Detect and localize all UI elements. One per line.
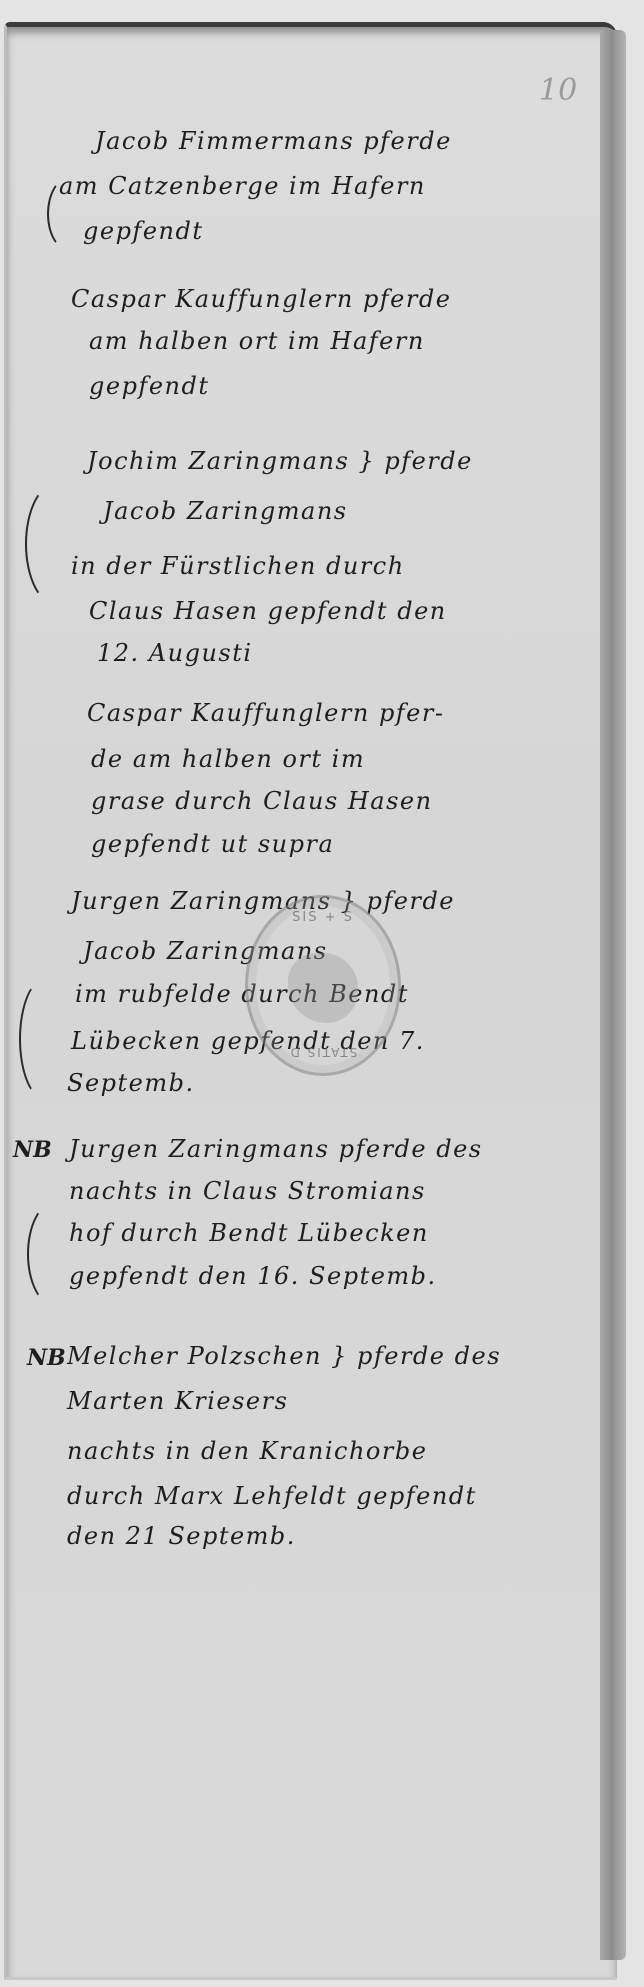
entry-line: gepfendt den 16. Septemb. (69, 1262, 437, 1290)
entry-line: hof durch Bendt Lübecken (69, 1219, 429, 1247)
book-spine-edge (600, 30, 626, 1960)
nota-bene-marker: NB (27, 1345, 66, 1371)
entry-line: Claus Hasen gepfendt den (89, 597, 447, 625)
archive-stamp: SIS + S STATIS D (245, 895, 401, 1076)
entry-line: gepfendt ut supra (91, 830, 334, 858)
entry-line: durch Marx Lehfeldt gepfendt (67, 1482, 477, 1510)
entry-line: Caspar Kauffunglern pfer- (87, 699, 444, 727)
pen-flourish (27, 1202, 81, 1306)
entry-line: Caspar Kauffunglern pferde (71, 285, 451, 313)
pen-flourish (25, 482, 89, 606)
pen-flourish (19, 977, 73, 1101)
entry-line: nachts in den Kranichorbe (67, 1437, 427, 1465)
entry-line: Jochim Zaringmans } pferde (87, 447, 473, 475)
folio-number: 10 (539, 73, 577, 108)
entry-line: Septemb. (67, 1069, 195, 1097)
entry-line: am Catzenberge im Hafern (59, 172, 426, 200)
stamp-bottom-text: STATIS D (248, 1045, 398, 1059)
nota-bene-marker: NB (13, 1137, 52, 1163)
entry-line: grase durch Claus Hasen (91, 787, 433, 815)
entry-line: den 21 Septemb. (67, 1522, 296, 1550)
entry-line: 12. Augusti (97, 639, 253, 667)
entry-line: am halben ort im Hafern (89, 327, 425, 355)
pen-flourish (47, 177, 91, 251)
entry-line: nachts in Claus Stromians (69, 1177, 426, 1205)
lion-emblem-icon (288, 953, 358, 1023)
entry-line: Jurgen Zaringmans pferde des (69, 1135, 483, 1163)
entry-line: gepfendt (83, 217, 203, 245)
entry-line: de am halben ort im (91, 745, 365, 773)
stamp-top-text: SIS + S (248, 910, 398, 925)
entry-line: Marten Kriesers (67, 1387, 288, 1415)
entry-line: Jacob Zaringmans (103, 497, 348, 525)
entry-line: Melcher Polzschen } pferde des (67, 1342, 501, 1370)
entry-line: in der Fürstlichen durch (71, 552, 405, 580)
entry-line: Jacob Fimmermans pferde (95, 127, 452, 155)
entry-line: gepfendt (89, 372, 209, 400)
